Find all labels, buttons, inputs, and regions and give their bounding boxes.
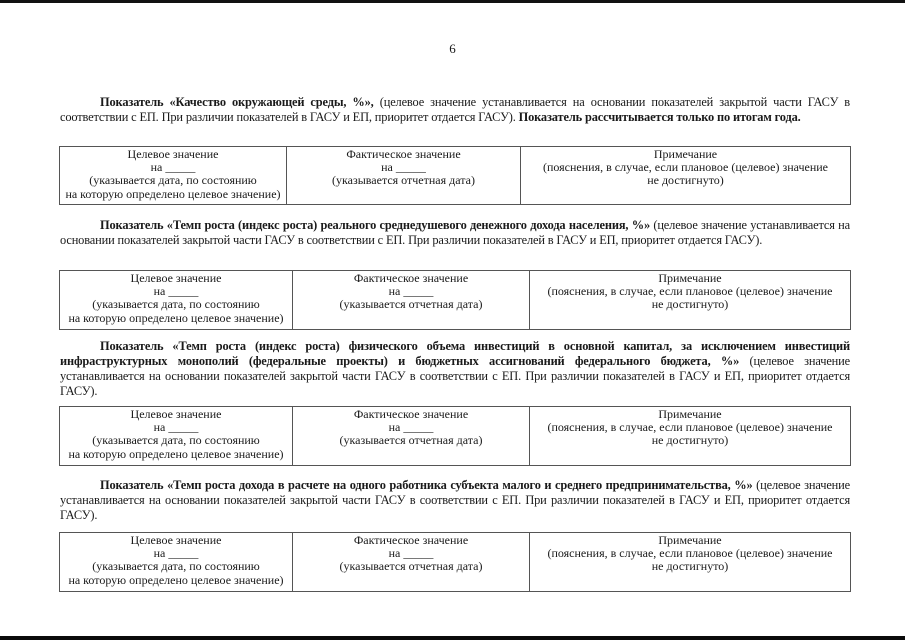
indicator-paragraph-3: Показатель «Темп роста (индекс роста) фи… xyxy=(60,339,850,399)
actual-value-header: Фактическое значение на _____ (указывает… xyxy=(292,271,529,329)
indicator-paragraph-2: Показатель «Темп роста (индекс роста) ре… xyxy=(60,218,850,248)
indicator-title: Показатель «Темп роста (индекс роста) ре… xyxy=(100,218,650,232)
indicator-table-2: Целевое значение на _____ (указывается д… xyxy=(59,270,851,330)
indicator-paragraph-4: Показатель «Темп роста дохода в расчете … xyxy=(60,478,850,523)
target-value-header: Целевое значение на _____ (указывается д… xyxy=(60,271,292,329)
indicator-note: Показатель рассчитывается только по итог… xyxy=(519,110,801,124)
scan-edge-top xyxy=(0,0,905,3)
actual-value-header: Фактическое значение на _____ (указывает… xyxy=(286,147,520,204)
note-header: Примечание (пояснения, в случае, если пл… xyxy=(529,271,850,329)
indicator-title: Показатель «Темп роста (индекс роста) фи… xyxy=(60,339,850,368)
target-value-header: Целевое значение на _____ (указывается д… xyxy=(60,407,292,465)
indicator-paragraph-1: Показатель «Качество окружающей среды, %… xyxy=(60,95,850,125)
page-number: 6 xyxy=(0,41,905,57)
indicator-title: Показатель «Качество окружающей среды, %… xyxy=(100,95,374,109)
indicator-table-3: Целевое значение на _____ (указывается д… xyxy=(59,406,851,466)
actual-value-header: Фактическое значение на _____ (указывает… xyxy=(292,533,529,591)
note-header: Примечание (пояснения, в случае, если пл… xyxy=(529,533,850,591)
note-header: Примечание (пояснения, в случае, если пл… xyxy=(529,407,850,465)
target-value-header: Целевое значение на _____ (указывается д… xyxy=(60,533,292,591)
indicator-title: Показатель «Темп роста дохода в расчете … xyxy=(100,478,753,492)
indicator-table-4: Целевое значение на _____ (указывается д… xyxy=(59,532,851,592)
indicator-table-1: Целевое значение на _____ (указывается д… xyxy=(59,146,851,205)
actual-value-header: Фактическое значение на _____ (указывает… xyxy=(292,407,529,465)
scan-edge-bottom xyxy=(0,636,905,640)
target-value-header: Целевое значение на _____ (указывается д… xyxy=(60,147,286,204)
note-header: Примечание (пояснения, в случае, если пл… xyxy=(520,147,850,204)
